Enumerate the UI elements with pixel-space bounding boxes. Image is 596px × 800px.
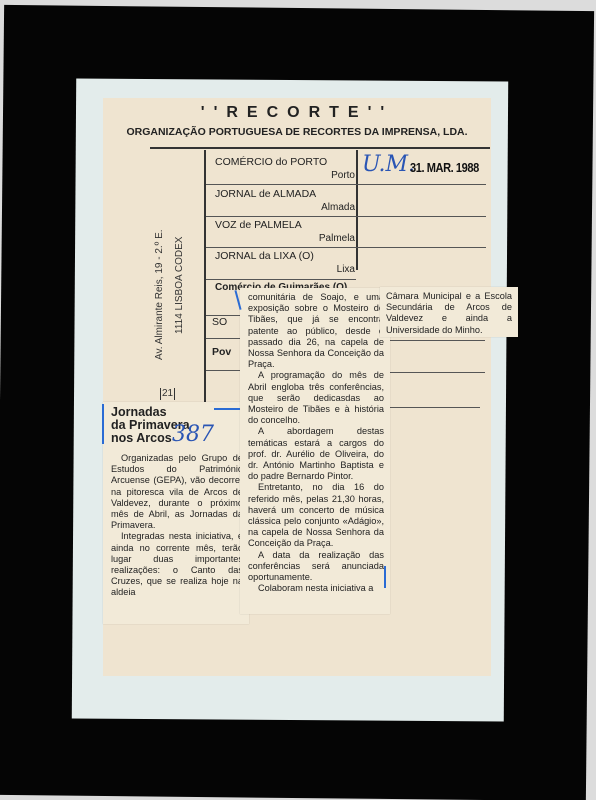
publication-city: Almada xyxy=(215,202,355,213)
article-paragraph: Integradas nesta iniciativa, e ainda no … xyxy=(111,531,243,598)
publication-name: COMÉRCIO do PORTO xyxy=(215,156,355,168)
publication-row: JORNAL da LIXA (O) Lixa xyxy=(215,250,355,275)
agency-title: ''RECORTE'' xyxy=(103,104,491,122)
form-left-rule xyxy=(204,150,206,410)
publication-row: VOZ de PALMELA Palmela xyxy=(215,219,355,244)
publication-row: JORNAL de ALMADA Almada xyxy=(215,188,355,213)
form-top-rule xyxy=(150,147,490,149)
publication-city: Porto xyxy=(215,170,355,181)
date-stamp: 31. MAR. 1988 xyxy=(410,160,479,175)
address-line-2: 1114 LISBOA CODEX xyxy=(170,229,190,360)
article-paragraph: Colaboram nesta iniciativa a xyxy=(248,583,384,594)
pen-mark xyxy=(214,408,240,410)
article-clipping-col2: comunitária de Soajo, e uma exposição so… xyxy=(240,288,390,614)
agency-address: Av. Almirante Reis, 19 - 2.º E. 1114 LIS… xyxy=(150,229,190,360)
article-paragraph: A programação do mês de Abril engloba tr… xyxy=(248,370,384,426)
handwritten-initials: U.M. xyxy=(362,152,415,177)
agency-subtitle: ORGANIZAÇÃO PORTUGUESA DE RECORTES DA IM… xyxy=(103,126,491,138)
row-rule xyxy=(206,216,486,217)
article-paragraph: comunitária de Soajo, e uma exposição so… xyxy=(248,292,384,370)
row-rule xyxy=(206,184,486,185)
publication-row: COMÉRCIO do PORTO Porto xyxy=(215,156,355,181)
handwritten-number: 387 xyxy=(172,422,214,447)
row-rule xyxy=(380,407,480,408)
article-paragraph: Entretanto, no dia 16 do referido mês, p… xyxy=(248,482,384,549)
article-clipping-col3: Câmara Municipal e a Escola Secundária d… xyxy=(380,287,518,337)
article-paragraph: A data da realização das conferências se… xyxy=(248,550,384,584)
publication-name: VOZ de PALMELA xyxy=(215,219,355,231)
publication-name: JORNAL da LIXA (O) xyxy=(215,250,355,262)
article-paragraph: Câmara Municipal e a Escola Secundária d… xyxy=(386,291,512,336)
pen-mark xyxy=(102,404,104,444)
address-line-1: Av. Almirante Reis, 19 - 2.º E. xyxy=(150,229,170,360)
pen-mark xyxy=(384,566,386,588)
row-rule xyxy=(206,247,486,248)
page-number: 21 xyxy=(160,388,175,400)
publication-name: JORNAL de ALMADA xyxy=(215,188,355,200)
publication-city: Palmela xyxy=(215,233,355,244)
row-rule xyxy=(206,279,356,280)
form-mid-rule xyxy=(356,150,358,270)
article-paragraph: Organizadas pelo Grupo de Estudos do Pat… xyxy=(111,453,243,531)
publication-city: Lixa xyxy=(215,264,355,275)
article-paragraph: A abordagem destas temáticas estará a ca… xyxy=(248,426,384,482)
